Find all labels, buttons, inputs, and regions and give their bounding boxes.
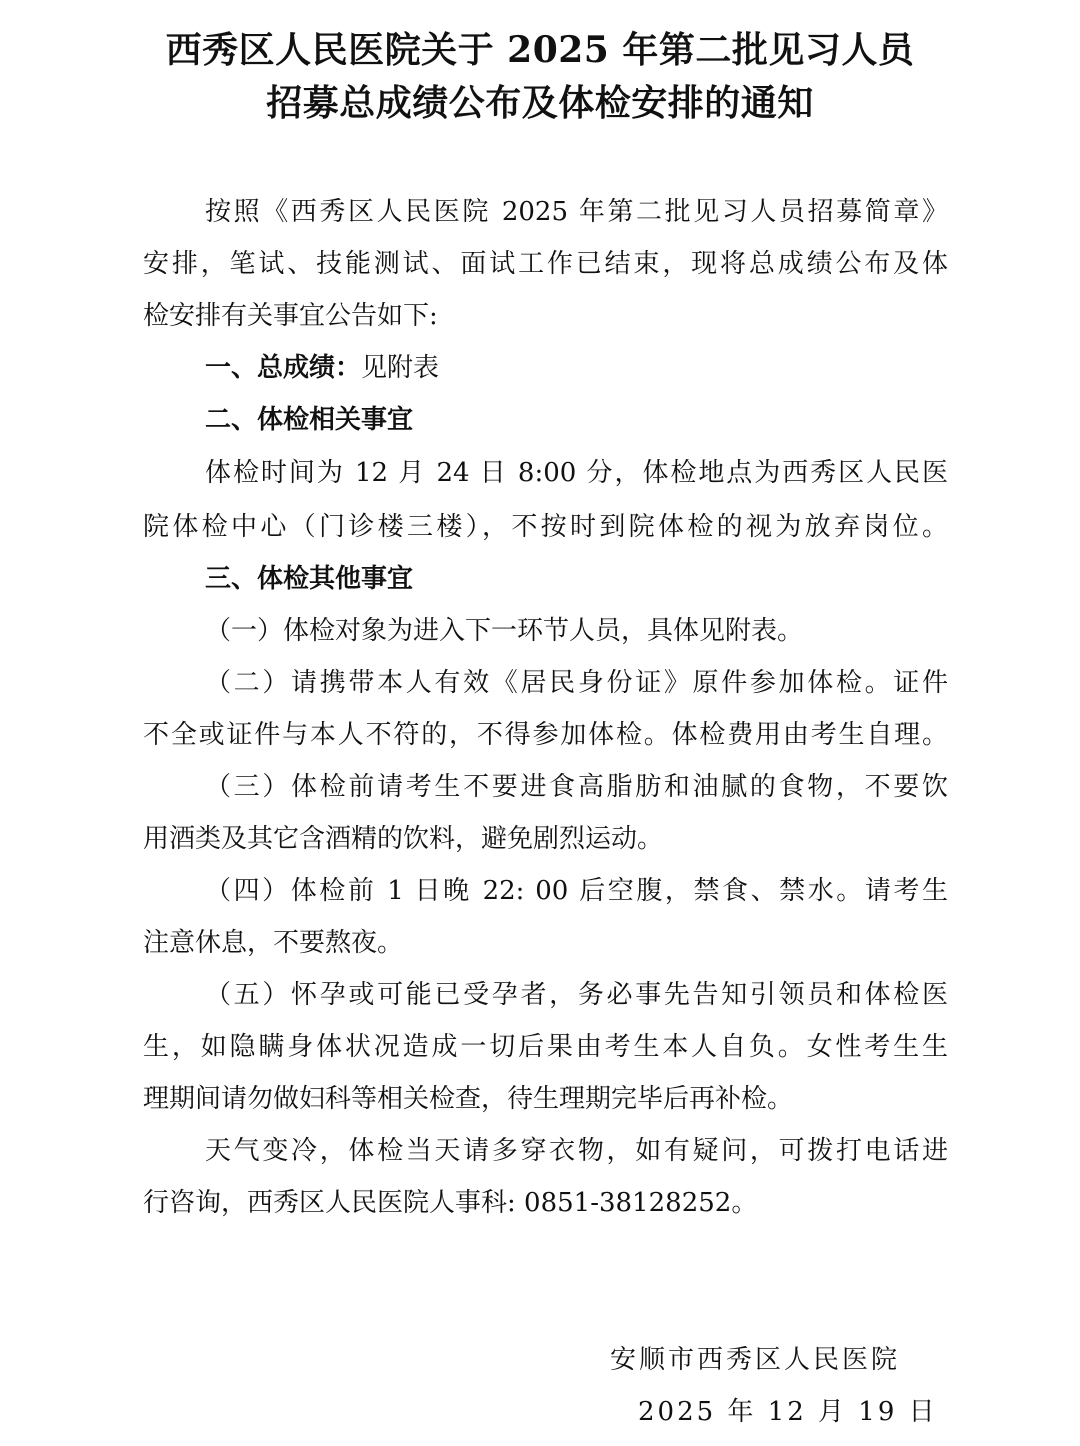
intro-line-3: 检安排有关事宜公告如下:	[143, 298, 948, 334]
section-1-text: 见附表	[361, 353, 439, 383]
section-3-item-4-line-2: 注意休息，不要熬夜。	[143, 925, 948, 961]
section-3-heading: 三、体检其他事宜	[205, 561, 948, 597]
section-1-heading: 一、总成绩：	[205, 353, 361, 383]
intro-line-1: 按照《西秀区人民医院 2025 年第二批见习人员招募简章》	[205, 194, 948, 230]
section-3-item-4-line-1: （四）体检前 1 日晚 22: 00 后空腹，禁食、禁水。请考生	[205, 873, 948, 909]
closing-line-1: 天气变冷，体检当天请多穿衣物，如有疑问，可拨打电话进	[205, 1133, 948, 1169]
section-3-item-2-line-2: 不全或证件与本人不符的，不得参加体检。体检费用由考生自理。	[143, 717, 948, 753]
document-title-line-2: 招募总成绩公布及体检安排的通知	[0, 81, 1080, 125]
section-3-item-1-line-1: （一）体检对象为进入下一环节人员，具体见附表。	[205, 613, 948, 649]
signature-date: 2025 年 12 月 19 日	[638, 1394, 938, 1430]
intro-line-2: 安排，笔试、技能测试、面试工作已结束，现将总成绩公布及体	[143, 246, 948, 282]
section-2-heading: 二、体检相关事宜	[205, 402, 948, 438]
section-3-item-5-line-2: 生，如隐瞒身体状况造成一切后果由考生本人自负。女性考生生	[143, 1029, 948, 1065]
section-3-item-3-line-2: 用酒类及其它含酒精的饮料，避免剧烈运动。	[143, 821, 948, 857]
section-3-item-3-line-1: （三）体检前请考生不要进食高脂肪和油腻的食物，不要饮	[205, 769, 948, 805]
section-1: 一、总成绩：见附表	[205, 350, 948, 386]
section-2-line-1: 体检时间为 12 月 24 日 8:00 分，体检地点为西秀区人民医	[205, 455, 948, 491]
document-title-line-1: 西秀区人民医院关于 2025 年第二批见习人员	[0, 28, 1080, 72]
signature-organization: 安顺市西秀区人民医院	[610, 1342, 900, 1378]
section-3-item-5-line-1: （五）怀孕或可能已受孕者，务必事先告知引领员和体检医	[205, 977, 948, 1013]
section-3-item-2-line-1: （二）请携带本人有效《居民身份证》原件参加体检。证件	[205, 665, 948, 701]
section-3-item-5-line-3: 理期间请勿做妇科等相关检查，待生理期完毕后再补检。	[143, 1081, 948, 1117]
closing-line-2: 行咨询，西秀区人民医院人事科: 0851-38128252。	[143, 1185, 948, 1221]
section-2-line-2: 院体检中心（门诊楼三楼），不按时到院体检的视为放弃岗位。	[143, 509, 948, 545]
